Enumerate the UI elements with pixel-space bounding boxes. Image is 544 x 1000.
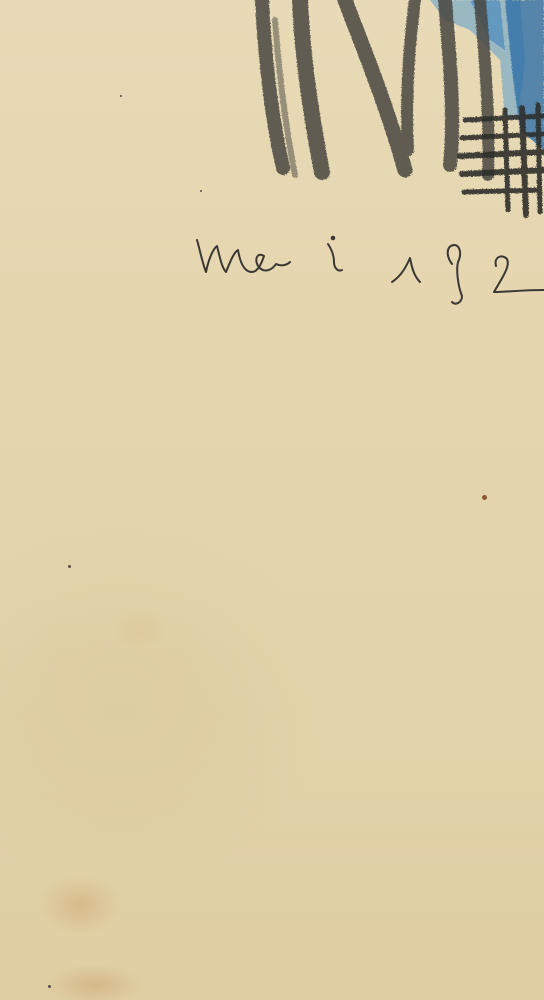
handwritten-inscription (0, 0, 544, 1000)
paper-speck (120, 95, 122, 97)
paper-background: mai 192 (0, 0, 544, 1000)
paper-speck (48, 985, 51, 988)
paper-speck (200, 190, 202, 192)
paper-speck (68, 565, 71, 568)
paper-speck (482, 495, 487, 500)
